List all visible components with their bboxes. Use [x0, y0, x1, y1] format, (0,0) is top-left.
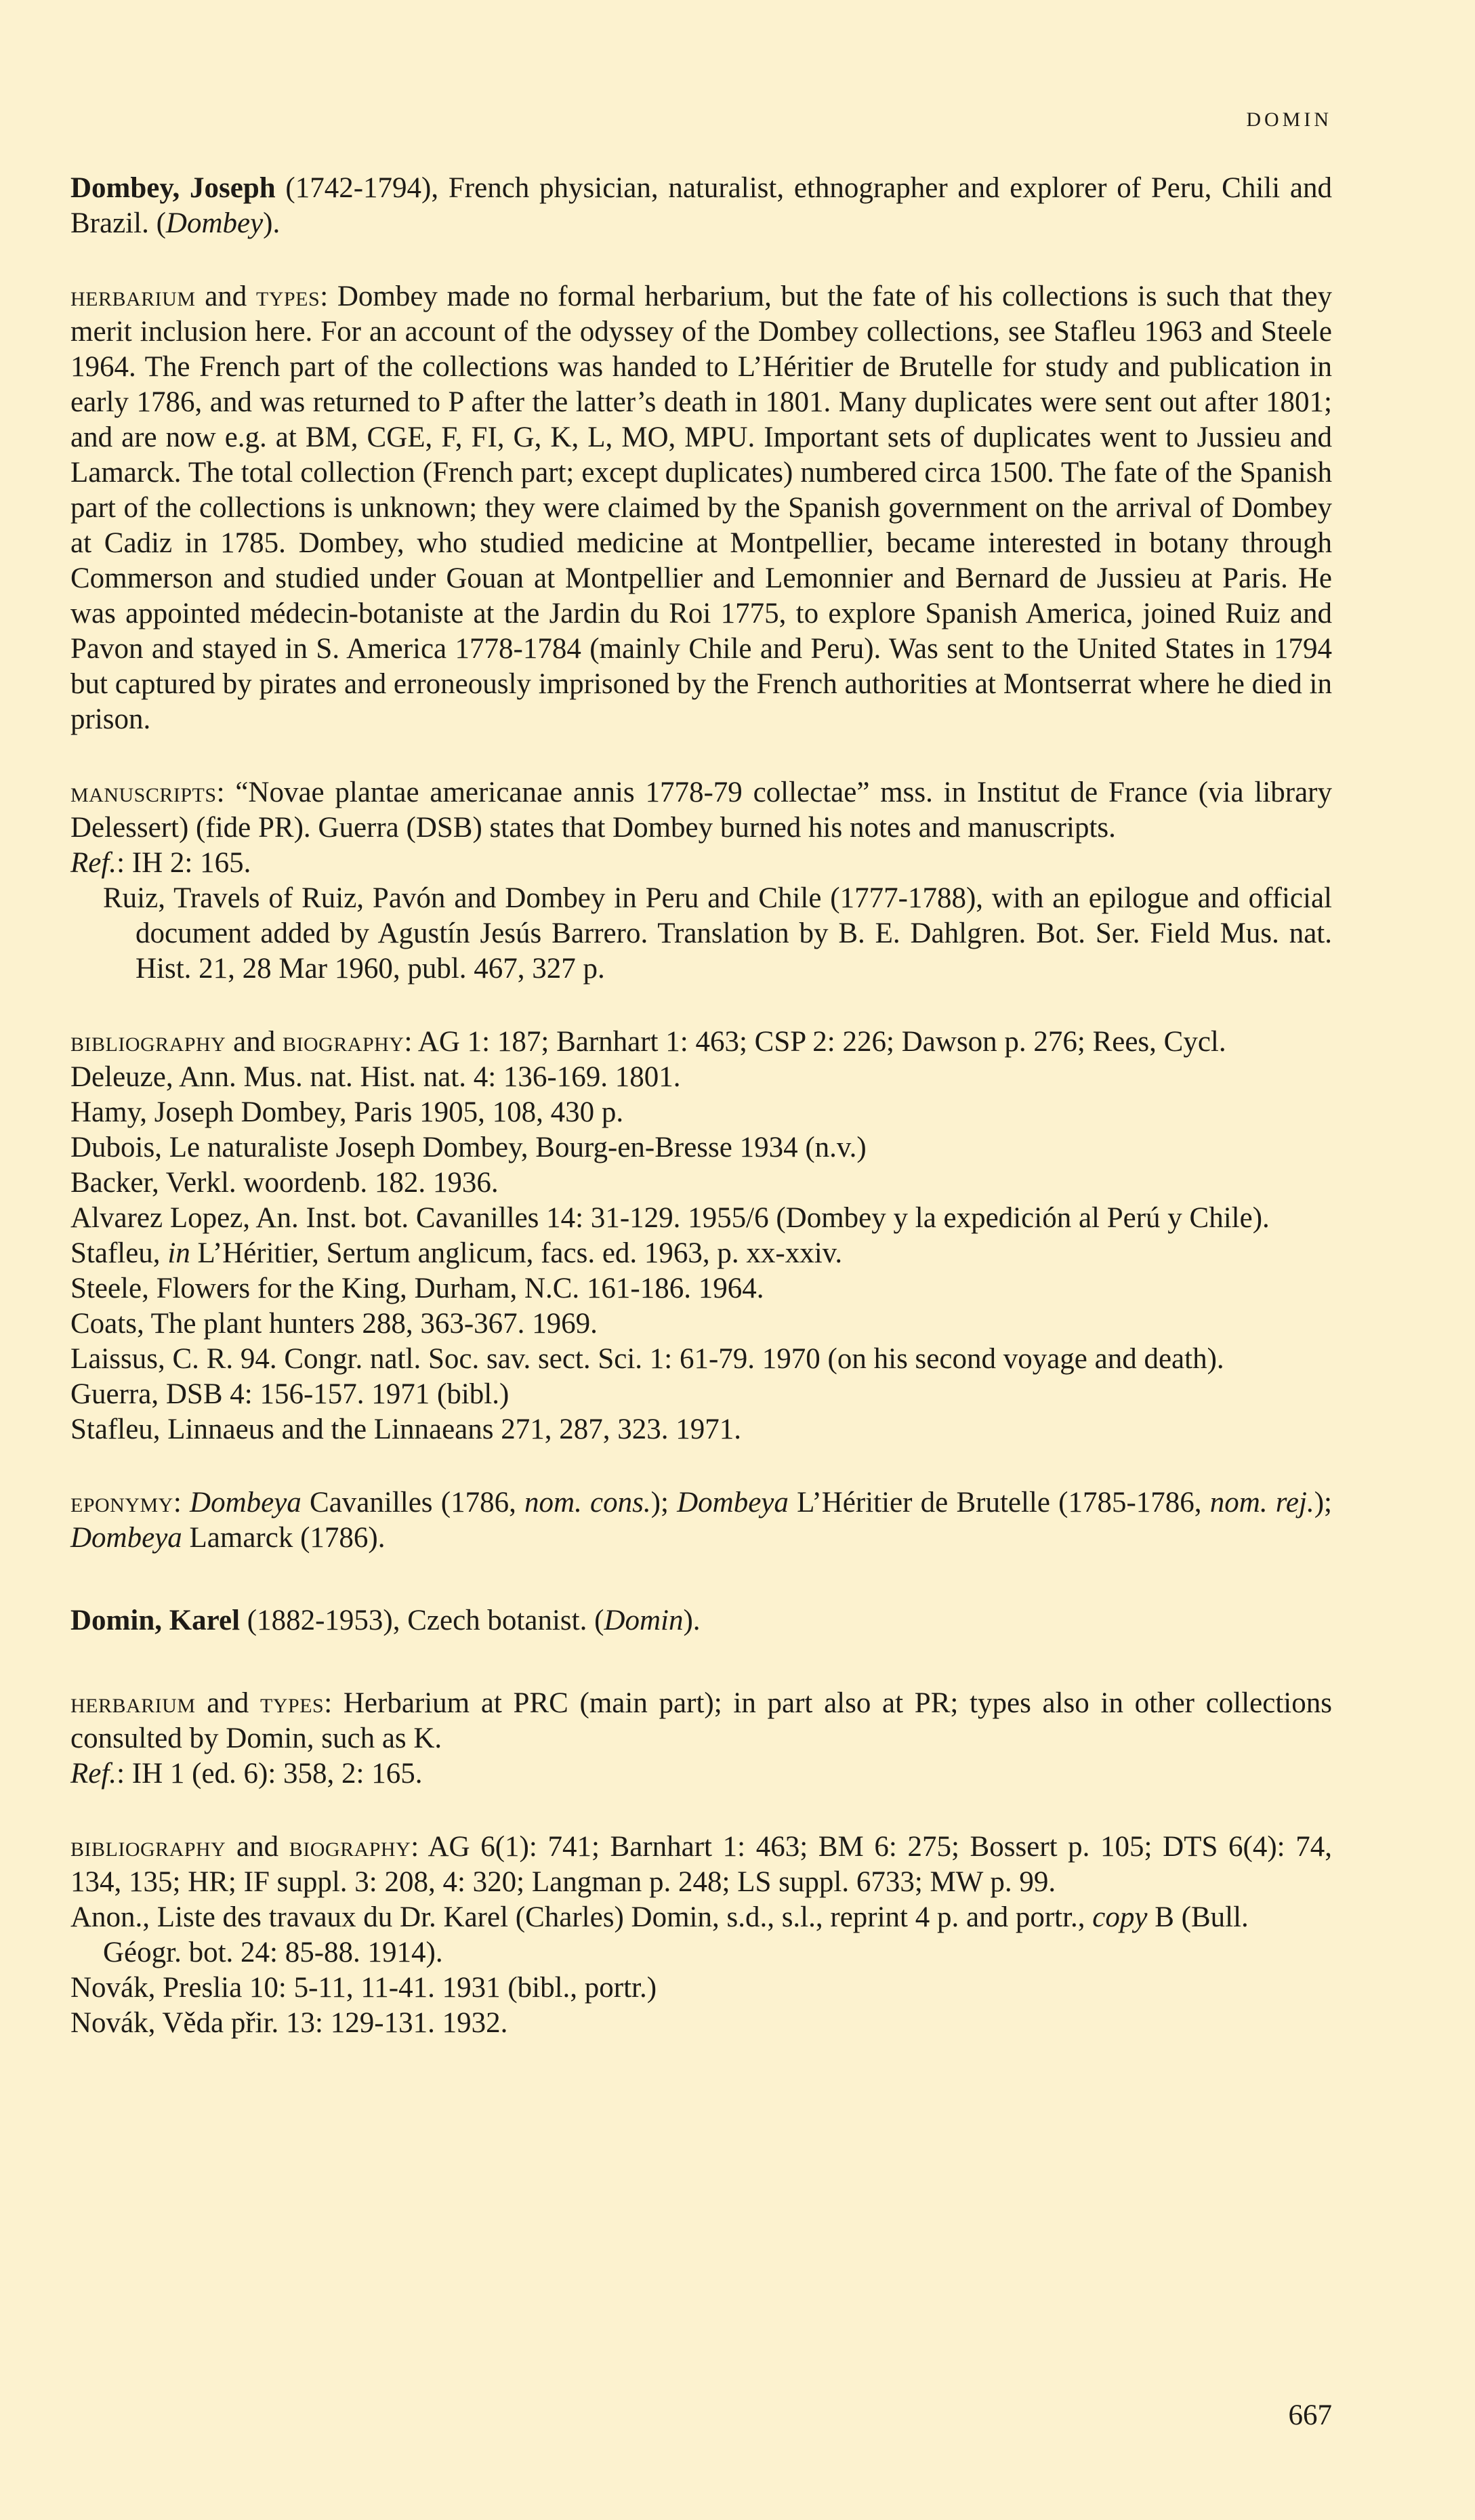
bibliography-item: Hamy, Joseph Dombey, Paris 1905, 108, 43… [70, 1095, 1332, 1130]
punctuation: : [320, 281, 337, 312]
citation-item: Ruiz, Travels of Ruiz, Pavón and Dombey … [70, 881, 1332, 987]
section-label: bibliography [70, 1831, 226, 1863]
punctuation: : [411, 1831, 428, 1863]
item-text-italic: copy [1092, 1901, 1147, 1933]
reference-line: Ref.: IH 2: 165. [70, 846, 1332, 881]
genus-name: Dombeya [190, 1487, 302, 1519]
genus-name: Dombeya [677, 1487, 789, 1519]
bibliography-item: Laissus, C. R. 94. Congr. natl. Soc. sav… [70, 1342, 1332, 1377]
section-text: L’Héritier de Brutelle (1785-1786, [789, 1487, 1210, 1519]
section-text: Lamarck (1786). [182, 1522, 386, 1554]
bibliography-item: Alvarez Lopez, An. Inst. bot. Cavanilles… [70, 1201, 1332, 1236]
herbarium-section-domin: herbarium and types: Herbarium at PRC (m… [70, 1686, 1332, 1756]
punctuation: : [324, 1687, 344, 1719]
bibliography-item: Deleuze, Ann. Mus. nat. Hist. nat. 4: 13… [70, 1060, 1332, 1095]
punctuation: : [404, 1026, 417, 1058]
bibliography-item: Steele, Flowers for the King, Durham, N.… [70, 1271, 1332, 1306]
bibliography-item: Backer, Verkl. woordenb. 182. 1936. [70, 1165, 1332, 1201]
author-abbreviation: Domin [604, 1605, 683, 1636]
section-label: biography [289, 1831, 411, 1863]
section-label: biography [283, 1026, 404, 1058]
item-text: Stafleu, [70, 1237, 167, 1269]
genus-name: Dombeya [70, 1522, 182, 1554]
section-text: Cavanilles (1786, [302, 1487, 524, 1519]
punctuation: : [173, 1487, 190, 1519]
nomenclature-status: nom. rej. [1210, 1487, 1314, 1519]
section-label: herbarium [70, 1687, 196, 1719]
bibliography-item: Anon., Liste des travaux du Dr. Karel (C… [70, 1900, 1332, 1970]
page-number: 667 [1289, 2399, 1333, 2432]
entry-dates: (1882-1953) [247, 1605, 393, 1636]
item-text-italic: in [167, 1237, 190, 1269]
section-label: manuscripts [70, 777, 217, 808]
bibliography-item: Dubois, Le naturaliste Joseph Dombey, Bo… [70, 1130, 1332, 1165]
label-conjunction: and [226, 1026, 283, 1058]
entry-name: Dombey, Joseph [70, 172, 276, 204]
ref-label: Ref. [70, 847, 117, 879]
section-text: “Novae plantae americanae annis 1778-79 … [70, 777, 1332, 844]
entry-description: , Czech botanist. ( [393, 1605, 604, 1636]
herbarium-section-dombey: herbarium and types: Dombey made no form… [70, 279, 1332, 737]
item-text: L’Héritier, Sertum anglicum, facs. ed. 1… [190, 1237, 842, 1269]
section-label: bibliography [70, 1026, 226, 1058]
section-text: Dombey made no formal herbarium, but the… [70, 281, 1332, 735]
section-label: types [256, 281, 320, 312]
section-text: ); [1314, 1487, 1332, 1519]
eponymy-section-dombey: eponymy: Dombeya Cavanilles (1786, nom. … [70, 1485, 1332, 1556]
bibliography-item: Novák, Preslia 10: 5-11, 11-41. 1931 (bi… [70, 1970, 1332, 2006]
bibliography-section-domin: bibliography and biography: AG 6(1): 741… [70, 1830, 1332, 1900]
author-abbreviation: Dombey [166, 207, 263, 239]
nomenclature-status: nom. cons. [524, 1487, 651, 1519]
bibliography-item: Stafleu, Linnaeus and the Linnaeans 271,… [70, 1412, 1332, 1447]
manuscripts-section-dombey: manuscripts: “Novae plantae americanae a… [70, 775, 1332, 846]
bibliography-item: Guerra, DSB 4: 156-157. 1971 (bibl.) [70, 1377, 1332, 1412]
entry-heading-domin: Domin, Karel (1882-1953), Czech botanist… [70, 1603, 1332, 1638]
punctuation: : [217, 777, 236, 808]
bibliography-item: Coats, The plant hunters 288, 363-367. 1… [70, 1306, 1332, 1342]
bibliography-section-dombey: bibliography and biography: AG 1: 187; B… [70, 1025, 1332, 1060]
label-conjunction: and [196, 1687, 261, 1719]
label-conjunction: and [196, 281, 256, 312]
ref-label: Ref. [70, 1758, 117, 1790]
reference-line: Ref.: IH 1 (ed. 6): 358, 2: 165. [70, 1756, 1332, 1792]
bibliography-item: Novák, Věda přir. 13: 129-131. 1932. [70, 2006, 1332, 2041]
bibliography-item: Stafleu, in L’Héritier, Sertum anglicum,… [70, 1236, 1332, 1271]
entry-name: Domin, Karel [70, 1605, 240, 1636]
section-text: ); [651, 1487, 677, 1519]
item-text: Anon., Liste des travaux du Dr. Karel (C… [70, 1901, 1092, 1933]
punctuation: ). [683, 1605, 700, 1636]
section-text: AG 1: 187; Barnhart 1: 463; CSP 2: 226; … [418, 1026, 1226, 1058]
running-head: DOMIN [1246, 108, 1332, 131]
ref-text: : IH 1 (ed. 6): 358, 2: 165. [117, 1758, 422, 1790]
ref-text: : IH 2: 165. [117, 847, 251, 879]
section-label: types [260, 1687, 324, 1719]
section-label: eponymy [70, 1487, 173, 1519]
punctuation: ). [263, 207, 280, 239]
entry-heading-dombey: Dombey, Joseph (1742-1794), French physi… [70, 171, 1332, 241]
entry-dates: (1742-1794) [285, 172, 431, 204]
label-conjunction: and [226, 1831, 289, 1863]
page-content: Dombey, Joseph (1742-1794), French physi… [70, 171, 1332, 2041]
section-label: herbarium [70, 281, 196, 312]
